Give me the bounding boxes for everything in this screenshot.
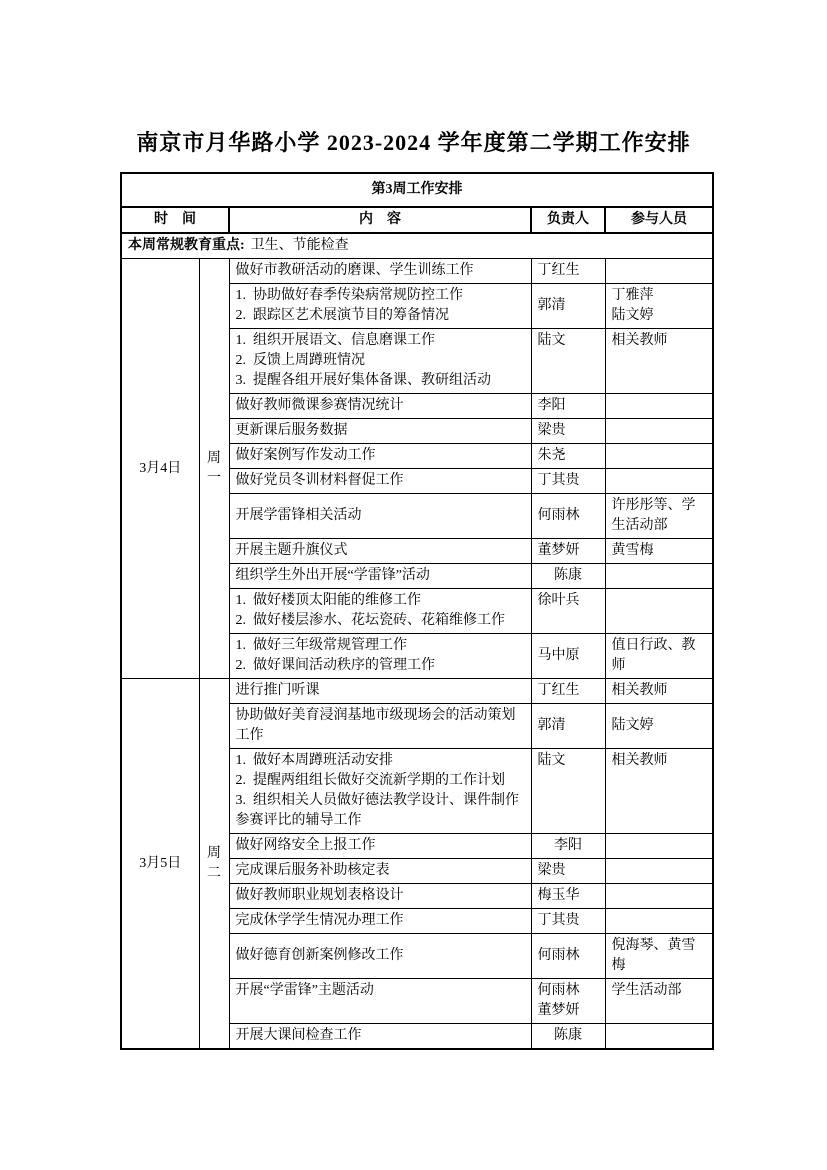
weekly-focus-row: 本周常规教育重点:卫生、节能检查 bbox=[121, 233, 713, 259]
column-header-owner: 负责人 bbox=[531, 207, 605, 233]
participants-cell: 学生活动部 bbox=[605, 979, 713, 1024]
participants-cell: 倪海琴、黄雪梅 bbox=[605, 934, 713, 979]
participants-cell: 相关教师 bbox=[605, 329, 713, 394]
task-content-cell: 1. 协助做好春季传染病常规防控工作 2. 跟踪区艺术展演节目的筹备情况 bbox=[229, 284, 531, 329]
weekday-cell: 周 二 bbox=[199, 679, 229, 1050]
participants-cell: 值日行政、教师 bbox=[605, 634, 713, 679]
table-header-row: 时 间 内 容 负责人 参与人员 bbox=[121, 207, 713, 233]
participants-cell bbox=[605, 444, 713, 469]
date-cell: 3月4日 bbox=[121, 259, 199, 679]
weekly-focus-value: 卫生、节能检查 bbox=[251, 238, 349, 253]
owner-cell: 何雨林 董梦妍 bbox=[531, 979, 605, 1024]
task-content-cell: 协助做好美育浸润基地市级现场会的活动策划工作 bbox=[229, 704, 531, 749]
column-header-content: 内 容 bbox=[229, 207, 531, 233]
task-content-cell: 更新课后服务数据 bbox=[229, 419, 531, 444]
participants-cell bbox=[605, 589, 713, 634]
date-cell: 3月5日 bbox=[121, 679, 199, 1050]
owner-cell: 梁贵 bbox=[531, 419, 605, 444]
participants-cell bbox=[605, 1024, 713, 1050]
task-content-cell: 做好教师职业规划表格设计 bbox=[229, 884, 531, 909]
participants-cell bbox=[605, 834, 713, 859]
task-content-cell: 组织学生外出开展“学雷锋”活动 bbox=[229, 564, 531, 589]
owner-cell: 何雨林 bbox=[531, 934, 605, 979]
work-schedule-table: 第3周工作安排 时 间 内 容 负责人 参与人员 本周常规教育重点:卫生、节能检… bbox=[120, 172, 714, 1050]
owner-cell: 李阳 bbox=[531, 834, 605, 859]
task-row: 3月5日周 二进行推门听课丁红生相关教师 bbox=[121, 679, 713, 704]
weekly-focus-cell: 本周常规教育重点:卫生、节能检查 bbox=[121, 233, 713, 259]
participants-cell bbox=[605, 909, 713, 934]
task-content-cell: 做好教师微课参赛情况统计 bbox=[229, 394, 531, 419]
owner-cell: 徐叶兵 bbox=[531, 589, 605, 634]
column-header-participants: 参与人员 bbox=[605, 207, 713, 233]
owner-cell: 朱尧 bbox=[531, 444, 605, 469]
task-content-cell: 做好案例写作发动工作 bbox=[229, 444, 531, 469]
owner-cell: 陆文 bbox=[531, 749, 605, 834]
weekday-cell: 周 一 bbox=[199, 259, 229, 679]
task-content-cell: 开展大课间检查工作 bbox=[229, 1024, 531, 1050]
task-content-cell: 做好市教研活动的磨课、学生训练工作 bbox=[229, 259, 531, 284]
owner-cell: 丁红生 bbox=[531, 679, 605, 704]
task-content-cell: 开展学雷锋相关活动 bbox=[229, 494, 531, 539]
table-caption: 第3周工作安排 bbox=[121, 173, 713, 207]
participants-cell: 丁雅萍 陆文婷 bbox=[605, 284, 713, 329]
task-content-cell: 1. 做好楼顶太阳能的维修工作 2. 做好楼层渗水、花坛瓷砖、花箱维修工作 bbox=[229, 589, 531, 634]
participants-cell: 黄雪梅 bbox=[605, 539, 713, 564]
task-content-cell: 开展主题升旗仪式 bbox=[229, 539, 531, 564]
owner-cell: 何雨林 bbox=[531, 494, 605, 539]
page-title: 南京市月华路小学 2023-2024 学年度第二学期工作安排 bbox=[0, 126, 827, 157]
task-content-cell: 做好德育创新案例修改工作 bbox=[229, 934, 531, 979]
task-content-cell: 进行推门听课 bbox=[229, 679, 531, 704]
table-caption-row: 第3周工作安排 bbox=[121, 173, 713, 207]
participants-cell: 许彤彤等、学生活动部 bbox=[605, 494, 713, 539]
participants-cell: 陆文婷 bbox=[605, 704, 713, 749]
document-page: 南京市月华路小学 2023-2024 学年度第二学期工作安排 第3周工作安排 时… bbox=[0, 0, 827, 1170]
task-content-cell: 1. 做好本周蹲班活动安排 2. 提醒两组组长做好交流新学期的工作计划 3. 组… bbox=[229, 749, 531, 834]
participants-cell bbox=[605, 859, 713, 884]
owner-cell: 郭清 bbox=[531, 284, 605, 329]
participants-cell: 相关教师 bbox=[605, 679, 713, 704]
owner-cell: 董梦妍 bbox=[531, 539, 605, 564]
task-content-cell: 开展“学雷锋”主题活动 bbox=[229, 979, 531, 1024]
task-content-cell: 做好党员冬训材料督促工作 bbox=[229, 469, 531, 494]
participants-cell bbox=[605, 469, 713, 494]
owner-cell: 郭清 bbox=[531, 704, 605, 749]
owner-cell: 丁红生 bbox=[531, 259, 605, 284]
task-content-cell: 做好网络安全上报工作 bbox=[229, 834, 531, 859]
participants-cell: 相关教师 bbox=[605, 749, 713, 834]
owner-cell: 梅玉华 bbox=[531, 884, 605, 909]
owner-cell: 陈康 bbox=[531, 1024, 605, 1050]
task-content-cell: 完成课后服务补助核定表 bbox=[229, 859, 531, 884]
owner-cell: 陆文 bbox=[531, 329, 605, 394]
participants-cell bbox=[605, 259, 713, 284]
task-content-cell: 完成休学学生情况办理工作 bbox=[229, 909, 531, 934]
participants-cell bbox=[605, 419, 713, 444]
column-header-time: 时 间 bbox=[121, 207, 229, 233]
participants-cell bbox=[605, 884, 713, 909]
owner-cell: 丁其贵 bbox=[531, 909, 605, 934]
weekly-focus-label: 本周常规教育重点: bbox=[128, 238, 245, 253]
task-content-cell: 1. 组织开展语文、信息磨课工作 2. 反馈上周蹲班情况 3. 提醒各组开展好集… bbox=[229, 329, 531, 394]
task-row: 3月4日周 一做好市教研活动的磨课、学生训练工作丁红生 bbox=[121, 259, 713, 284]
owner-cell: 陈康 bbox=[531, 564, 605, 589]
participants-cell bbox=[605, 564, 713, 589]
owner-cell: 马中原 bbox=[531, 634, 605, 679]
participants-cell bbox=[605, 394, 713, 419]
owner-cell: 梁贵 bbox=[531, 859, 605, 884]
task-content-cell: 1. 做好三年级常规管理工作 2. 做好课间活动秩序的管理工作 bbox=[229, 634, 531, 679]
owner-cell: 李阳 bbox=[531, 394, 605, 419]
owner-cell: 丁其贵 bbox=[531, 469, 605, 494]
